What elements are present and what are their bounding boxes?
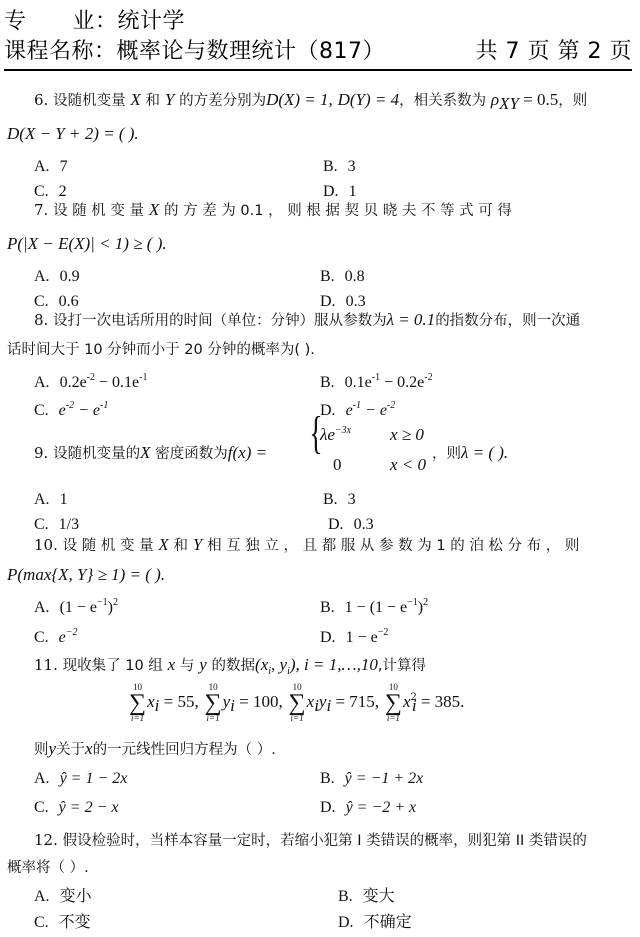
option-d[interactable]: D.1 <box>323 181 357 202</box>
course-value: 概率论与数理统计（817） <box>117 39 386 64</box>
option-b[interactable]: B.0.1e-1 − 0.2e-2 <box>320 372 433 393</box>
case-2-cond: x < 0 <box>390 455 426 475</box>
course-label: 课程名称： <box>4 39 117 64</box>
option-b[interactable]: B.0.8 <box>320 266 365 287</box>
question-stem: 10. 设 随 机 变 量 X 和 Y 相 互 独 立 ， 且 都 服 从 参 … <box>34 535 579 556</box>
option-d[interactable]: D.0.3 <box>320 291 366 312</box>
major-line: 专业：统计学 <box>4 4 632 35</box>
option-a[interactable]: A.ŷ = 1 − 2x <box>34 768 127 789</box>
option-d[interactable]: D.1 − e−2 <box>320 627 388 648</box>
question-stem: 6. 设随机变量 X 和 Y 的方差分别为D(X) = 1, D(Y) = 4，… <box>34 90 587 111</box>
question-stem-tail: ，则λ = ( ). <box>432 443 508 464</box>
option-d[interactable]: D.ŷ = −2 + x <box>320 797 416 818</box>
option-c[interactable]: C.ŷ = 2 − x <box>34 797 118 818</box>
option-b[interactable]: B.1 − (1 − e−1)2 <box>320 597 428 618</box>
page-indicator: 共 7 页 第 2 页 <box>476 34 632 65</box>
option-b[interactable]: B.变大 <box>338 886 395 907</box>
option-d[interactable]: D.不确定 <box>338 912 412 933</box>
major-value: 统计学 <box>118 9 186 34</box>
question-stem-line2: P(|X − E(X)| < 1) ≥ ( ). <box>7 234 167 254</box>
option-c[interactable]: C.不变 <box>34 912 91 933</box>
major-label: 专 <box>4 9 27 34</box>
question-stem: 8. 设打一次电话所用的时间（单位：分钟）服从参数为λ = 0.1的指数分布，则… <box>34 310 580 331</box>
option-a[interactable]: A.7 <box>34 156 68 177</box>
option-d[interactable]: D.0.3 <box>328 514 374 535</box>
case-1-cond: x ≥ 0 <box>390 425 424 445</box>
option-a[interactable]: A.0.9 <box>34 266 80 287</box>
option-b[interactable]: B.3 <box>323 156 356 177</box>
sum-equation: 10∑i=1xi = 55, 10∑i=1yi = 100, 10∑i=1xiy… <box>128 683 464 723</box>
case-1-expr: λe−3x <box>320 425 351 445</box>
option-d[interactable]: D.e-1 − e-2 <box>320 400 395 421</box>
question-stem-line2: 话时间大于 10 分钟而小于 20 分钟的概率为( ). <box>7 340 315 360</box>
case-2-expr: 0 <box>333 455 342 475</box>
question-stem: 9. 设随机变量的X 密度函数为f(x) = <box>34 443 267 464</box>
option-b[interactable]: B.ŷ = −1 + 2x <box>320 768 423 789</box>
option-a[interactable]: A.0.2e-2 − 0.1e-1 <box>34 372 147 393</box>
question-stem: 7. 设 随 机 变 量 X 的 方 差 为 0.1 ， 则 根 据 契 贝 晓… <box>34 200 512 221</box>
major-label-2: 业： <box>73 9 118 34</box>
option-c[interactable]: C.e-2 − e-1 <box>34 400 108 421</box>
option-c[interactable]: C.e−2 <box>34 627 78 648</box>
question-stem: 12. 假设检验时，当样本容量一定时，若缩小犯第 I 类错误的概率，则犯第 II… <box>34 830 587 851</box>
question-stem: 11. 现收集了 10 组 x 与 y 的数据(xi, yi), i = 1,…… <box>34 655 426 676</box>
question-stem-line3: 则y关于x的一元线性回归方程为（ ）. <box>34 739 276 760</box>
option-a[interactable]: A.(1 − e−1)2 <box>34 597 118 618</box>
question-stem-line2: 概率将（ ）. <box>7 858 89 878</box>
option-a[interactable]: A.1 <box>34 489 68 510</box>
option-a[interactable]: A.变小 <box>34 886 92 907</box>
question-stem-line2: P(max{X, Y} ≥ 1) = ( ). <box>7 565 165 585</box>
option-c[interactable]: C.0.6 <box>34 291 79 312</box>
option-c[interactable]: C.1/3 <box>34 514 79 535</box>
option-b[interactable]: B.3 <box>323 489 356 510</box>
question-stem-line2: D(X − Y + 2) = ( ). <box>7 124 139 144</box>
option-c[interactable]: C.2 <box>34 181 67 202</box>
course-line: 课程名称：概率论与数理统计（817） 共 7 页 第 2 页 <box>4 34 632 71</box>
